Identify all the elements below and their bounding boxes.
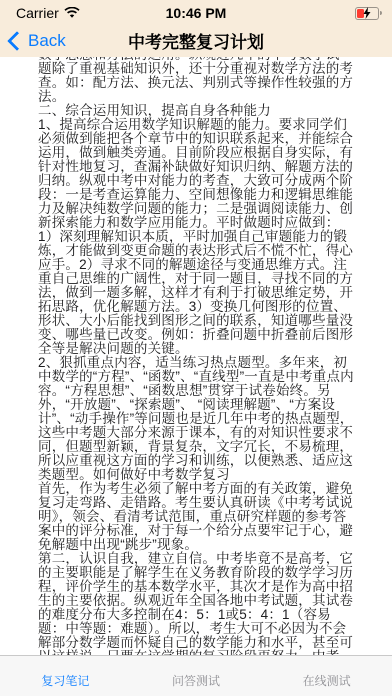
wifi-icon [64, 7, 80, 19]
content-scroll-area[interactable]: 数学思想和方法的运用。纵观近几年的中考数学试 题除了重视基础知识外，还十分重视对… [0, 57, 392, 655]
body-text: 数学思想和方法的运用。纵观近几年的中考数学试 题除了重视基础知识外，还十分重视对… [38, 57, 368, 655]
navigation-bar: Back 中考完整复习计划 [0, 24, 392, 57]
tab-online-test[interactable]: 在线测试 [261, 656, 392, 696]
header: Carrier 10:46 PM [0, 0, 392, 57]
back-button[interactable]: Back [10, 24, 66, 57]
lightning-bolt-icon [360, 6, 374, 20]
carrier-label: Carrier [16, 5, 59, 21]
app-screen: Carrier 10:46 PM [0, 0, 392, 696]
status-bar: Carrier 10:46 PM [0, 0, 392, 24]
battery-charging-icon [355, 7, 382, 20]
tab-review-notes[interactable]: 复习笔记 [0, 656, 131, 696]
chevron-left-icon [7, 31, 27, 51]
tab-qa-test[interactable]: 问答测试 [131, 656, 262, 696]
status-left: Carrier [16, 5, 80, 21]
back-label: Back [28, 31, 66, 51]
tab-bar: 复习笔记 问答测试 在线测试 [0, 655, 392, 696]
